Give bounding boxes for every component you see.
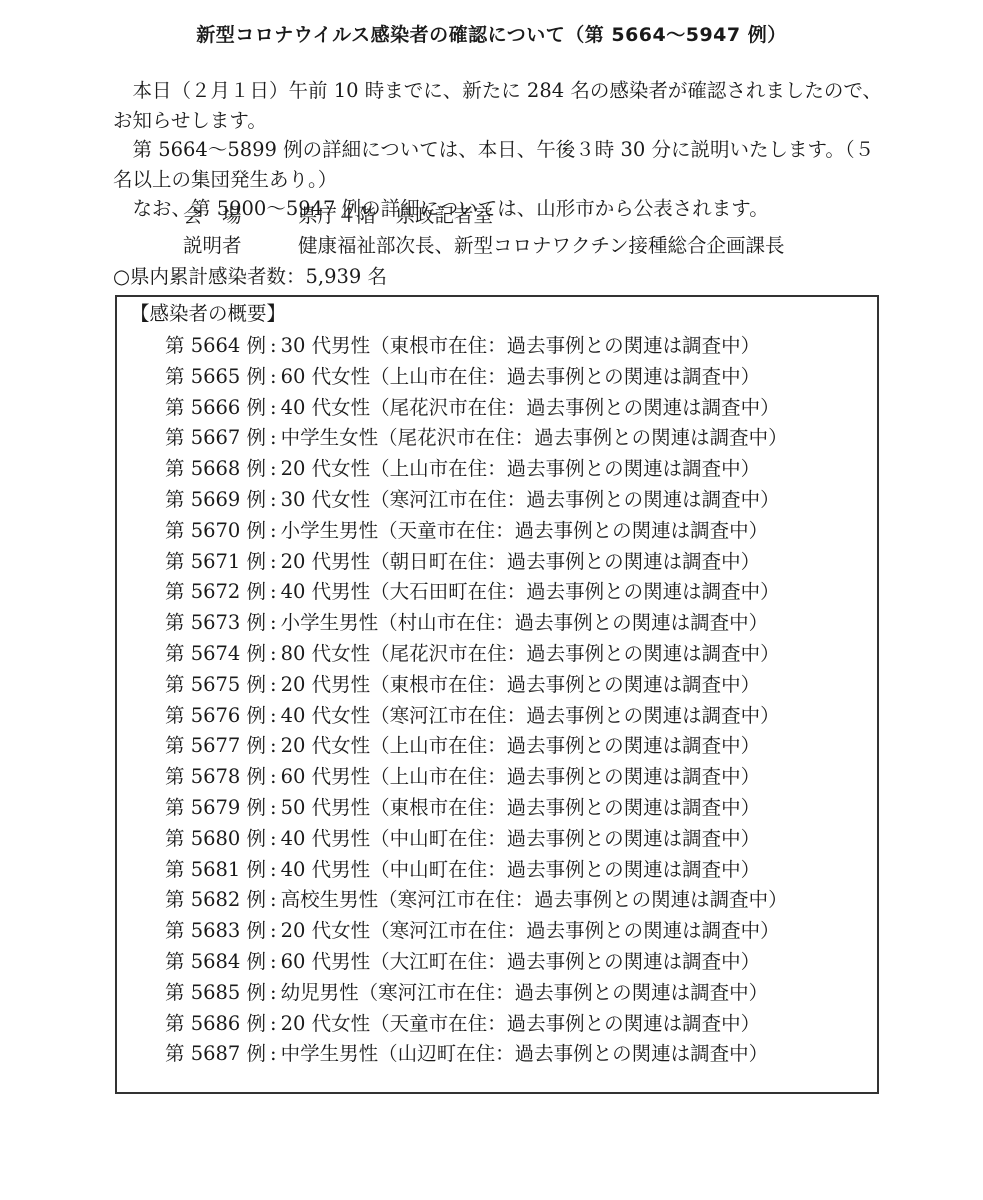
case-profile: 30 代女性: [281, 488, 371, 511]
case-number: 第 5671 例: [165, 550, 266, 573]
colon-separator: :: [270, 642, 277, 665]
presenter-label: 説明者: [183, 231, 298, 261]
case-row: 第 5681 例:40 代男性（中山町在住：過去事例との関連は調査中）: [165, 855, 788, 886]
case-detail: （寒河江市在住：過去事例との関連は調査中）: [370, 704, 780, 727]
case-detail: （大江町在住：過去事例との関連は調査中）: [370, 950, 760, 973]
case-profile: 20 代女性: [281, 1012, 371, 1035]
case-profile: 中学生男性: [281, 1042, 379, 1065]
case-number: 第 5672 例: [165, 580, 266, 603]
case-profile: 幼児男性: [281, 981, 359, 1004]
venue-label: 会 場: [183, 201, 298, 231]
colon-separator: :: [270, 950, 277, 973]
case-detail: （寒河江市在住：過去事例との関連は調査中）: [359, 981, 769, 1004]
case-number: 第 5677 例: [165, 734, 266, 757]
case-row: 第 5671 例:20 代男性（朝日町在住：過去事例との関連は調査中）: [165, 547, 788, 578]
case-profile: 40 代男性: [281, 580, 371, 603]
colon-separator: :: [270, 334, 277, 357]
case-detail: （朝日町在住：過去事例との関連は調査中）: [370, 550, 760, 573]
case-row: 第 5686 例:20 代女性（天童市在住：過去事例との関連は調査中）: [165, 1009, 788, 1040]
cumulative-total: ○県内累計感染者数：5,939 名: [113, 262, 387, 292]
case-detail: （中山町在住：過去事例との関連は調査中）: [370, 827, 760, 850]
case-row: 第 5684 例:60 代男性（大江町在住：過去事例との関連は調査中）: [165, 947, 788, 978]
case-number: 第 5666 例: [165, 396, 266, 419]
colon-separator: :: [270, 827, 277, 850]
case-number: 第 5670 例: [165, 519, 266, 542]
case-number: 第 5683 例: [165, 919, 266, 942]
presenter-value: 健康福祉部次長、新型コロナワクチン接種総合企画課長: [298, 234, 785, 257]
case-row: 第 5670 例:小学生男性（天童市在住：過去事例との関連は調査中）: [165, 516, 788, 547]
colon-separator: :: [270, 796, 277, 819]
case-row: 第 5682 例:高校生男性（寒河江市在住：過去事例との関連は調査中）: [165, 885, 788, 916]
case-profile: 40 代男性: [281, 858, 371, 881]
case-summary-heading: 【感染者の概要】: [130, 299, 286, 329]
colon-separator: :: [270, 365, 277, 388]
colon-separator: :: [270, 888, 277, 911]
case-row: 第 5683 例:20 代女性（寒河江市在住：過去事例との関連は調査中）: [165, 916, 788, 947]
case-row: 第 5680 例:40 代男性（中山町在住：過去事例との関連は調査中）: [165, 824, 788, 855]
case-number: 第 5665 例: [165, 365, 266, 388]
case-row: 第 5674 例:80 代女性（尾花沢市在住：過去事例との関連は調査中）: [165, 639, 788, 670]
case-number: 第 5678 例: [165, 765, 266, 788]
case-row: 第 5666 例:40 代女性（尾花沢市在住：過去事例との関連は調査中）: [165, 393, 788, 424]
case-row: 第 5664 例:30 代男性（東根市在住：過去事例との関連は調査中）: [165, 331, 788, 362]
colon-separator: :: [270, 611, 277, 634]
case-list: 第 5664 例:30 代男性（東根市在住：過去事例との関連は調査中）第 566…: [165, 331, 788, 1070]
case-detail: （天童市在住：過去事例との関連は調査中）: [378, 519, 768, 542]
case-number: 第 5674 例: [165, 642, 266, 665]
colon-separator: :: [270, 734, 277, 757]
colon-separator: :: [270, 765, 277, 788]
case-number: 第 5680 例: [165, 827, 266, 850]
case-profile: 60 代男性: [281, 950, 371, 973]
colon-separator: :: [270, 981, 277, 1004]
case-summary-box: 【感染者の概要】 第 5664 例:30 代男性（東根市在住：過去事例との関連は…: [115, 295, 879, 1094]
case-row: 第 5687 例:中学生男性（山辺町在住：過去事例との関連は調査中）: [165, 1039, 788, 1070]
case-number: 第 5669 例: [165, 488, 266, 511]
case-detail: （上山市在住：過去事例との関連は調査中）: [370, 365, 760, 388]
case-detail: （東根市在住：過去事例との関連は調査中）: [370, 334, 760, 357]
case-row: 第 5679 例:50 代男性（東根市在住：過去事例との関連は調査中）: [165, 793, 788, 824]
document-title: 新型コロナウイルス感染者の確認について（第 5664〜5947 例）: [0, 20, 983, 47]
colon-separator: :: [270, 457, 277, 480]
case-number: 第 5687 例: [165, 1042, 266, 1065]
case-profile: 20 代男性: [281, 550, 371, 573]
case-profile: 20 代女性: [281, 734, 371, 757]
case-profile: 50 代男性: [281, 796, 371, 819]
case-number: 第 5682 例: [165, 888, 266, 911]
case-profile: 60 代女性: [281, 365, 371, 388]
case-row: 第 5673 例:小学生男性（村山市在住：過去事例との関連は調査中）: [165, 608, 788, 639]
case-profile: 高校生男性: [281, 888, 379, 911]
case-row: 第 5677 例:20 代女性（上山市在住：過去事例との関連は調査中）: [165, 731, 788, 762]
colon-separator: :: [270, 1042, 277, 1065]
case-detail: （村山市在住：過去事例との関連は調査中）: [378, 611, 768, 634]
case-detail: （天童市在住：過去事例との関連は調査中）: [370, 1012, 760, 1035]
case-row: 第 5669 例:30 代女性（寒河江市在住：過去事例との関連は調査中）: [165, 485, 788, 516]
announcement-paragraph: 本日（２月１日）午前 10 時までに、新たに 284 名の感染者が確認されました…: [113, 76, 883, 136]
colon-separator: :: [270, 580, 277, 603]
case-profile: 40 代女性: [281, 704, 371, 727]
case-profile: 20 代女性: [281, 457, 371, 480]
case-row: 第 5676 例:40 代女性（寒河江市在住：過去事例との関連は調査中）: [165, 701, 788, 732]
case-number: 第 5679 例: [165, 796, 266, 819]
colon-separator: :: [270, 396, 277, 419]
case-number: 第 5673 例: [165, 611, 266, 634]
case-profile: 80 代女性: [281, 642, 371, 665]
case-profile: 中学生女性: [281, 426, 379, 449]
venue-row: 会 場県庁４階 県政記者室: [183, 201, 493, 231]
colon-separator: :: [270, 519, 277, 542]
case-row: 第 5672 例:40 代男性（大石田町在住：過去事例との関連は調査中）: [165, 577, 788, 608]
case-number: 第 5681 例: [165, 858, 266, 881]
case-detail: （上山市在住：過去事例との関連は調査中）: [370, 734, 760, 757]
colon-separator: :: [270, 488, 277, 511]
case-detail: （尾花沢市在住：過去事例との関連は調査中）: [370, 642, 780, 665]
case-row: 第 5678 例:60 代男性（上山市在住：過去事例との関連は調査中）: [165, 762, 788, 793]
case-detail: （尾花沢市在住：過去事例との関連は調査中）: [370, 396, 780, 419]
case-detail: （尾花沢市在住：過去事例との関連は調査中）: [378, 426, 788, 449]
case-row: 第 5668 例:20 代女性（上山市在住：過去事例との関連は調査中）: [165, 454, 788, 485]
case-number: 第 5667 例: [165, 426, 266, 449]
colon-separator: :: [270, 858, 277, 881]
venue-value: 県庁４階 県政記者室: [298, 204, 493, 227]
case-profile: 20 代男性: [281, 673, 371, 696]
colon-separator: :: [270, 919, 277, 942]
presenter-row: 説明者健康福祉部次長、新型コロナワクチン接種総合企画課長: [183, 231, 785, 261]
case-profile: 小学生男性: [281, 519, 379, 542]
case-number: 第 5675 例: [165, 673, 266, 696]
case-detail: （上山市在住：過去事例との関連は調査中）: [370, 765, 760, 788]
case-detail: （上山市在住：過去事例との関連は調査中）: [370, 457, 760, 480]
case-row: 第 5667 例:中学生女性（尾花沢市在住：過去事例との関連は調査中）: [165, 423, 788, 454]
colon-separator: :: [270, 673, 277, 696]
case-detail: （大石田町在住：過去事例との関連は調査中）: [370, 580, 780, 603]
case-number: 第 5686 例: [165, 1012, 266, 1035]
case-profile: 60 代男性: [281, 765, 371, 788]
case-number: 第 5676 例: [165, 704, 266, 727]
case-profile: 小学生男性: [281, 611, 379, 634]
case-profile: 20 代女性: [281, 919, 371, 942]
case-number: 第 5664 例: [165, 334, 266, 357]
case-number: 第 5684 例: [165, 950, 266, 973]
case-profile: 40 代男性: [281, 827, 371, 850]
case-number: 第 5685 例: [165, 981, 266, 1004]
case-number: 第 5668 例: [165, 457, 266, 480]
case-detail: （東根市在住：過去事例との関連は調査中）: [370, 673, 760, 696]
colon-separator: :: [270, 426, 277, 449]
colon-separator: :: [270, 550, 277, 573]
case-profile: 30 代男性: [281, 334, 371, 357]
colon-separator: :: [270, 1012, 277, 1035]
case-detail: （寒河江市在住：過去事例との関連は調査中）: [370, 919, 780, 942]
case-detail: （寒河江市在住：過去事例との関連は調査中）: [378, 888, 788, 911]
case-detail: （山辺町在住：過去事例との関連は調査中）: [378, 1042, 768, 1065]
case-row: 第 5675 例:20 代男性（東根市在住：過去事例との関連は調査中）: [165, 670, 788, 701]
briefing-paragraph: 第 5664〜5899 例の詳細については、本日、午後３時 30 分に説明いたし…: [113, 135, 883, 195]
case-row: 第 5685 例:幼児男性（寒河江市在住：過去事例との関連は調査中）: [165, 978, 788, 1009]
case-detail: （寒河江市在住：過去事例との関連は調査中）: [370, 488, 780, 511]
case-profile: 40 代女性: [281, 396, 371, 419]
case-detail: （中山町在住：過去事例との関連は調査中）: [370, 858, 760, 881]
colon-separator: :: [270, 704, 277, 727]
case-row: 第 5665 例:60 代女性（上山市在住：過去事例との関連は調査中）: [165, 362, 788, 393]
case-detail: （東根市在住：過去事例との関連は調査中）: [370, 796, 760, 819]
